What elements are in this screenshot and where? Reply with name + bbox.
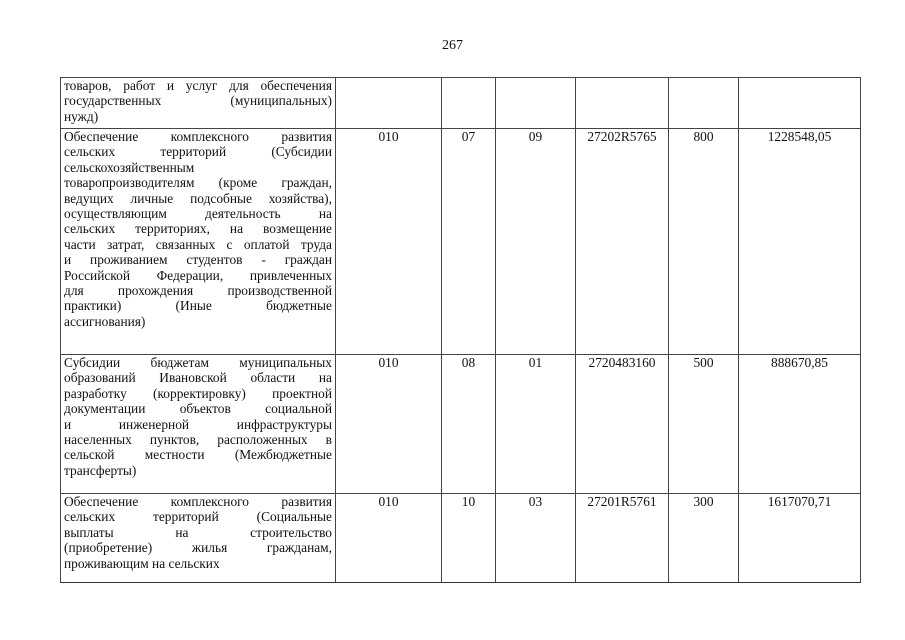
description-line: сельских территорий (Субсидии bbox=[64, 144, 332, 159]
description-line: трансферты) bbox=[64, 463, 332, 478]
expense-type-cell: 500 bbox=[669, 355, 739, 494]
description-line: Обеспечение комплексного развития bbox=[64, 494, 332, 509]
ministry-code-cell bbox=[336, 78, 442, 129]
description-line: сельской местности (Межбюджетные bbox=[64, 447, 332, 462]
subsection-code-cell: 01 bbox=[496, 355, 576, 494]
target-article-cell: 27201R5761 bbox=[576, 494, 669, 583]
page-number: 267 bbox=[0, 38, 905, 54]
description-line: практики) (Иные бюджетные bbox=[64, 298, 332, 313]
description-line: сельских территориях, на возмещение bbox=[64, 221, 332, 236]
description-line: осуществляющим деятельность на bbox=[64, 206, 332, 221]
table-row: товаров, работ и услуг для обеспеченияго… bbox=[61, 78, 861, 129]
table-row: Обеспечение комплексного развитиясельски… bbox=[61, 494, 861, 583]
section-code-cell bbox=[442, 78, 496, 129]
description-line: ведущих личные подсобные хозяйства), bbox=[64, 191, 332, 206]
budget-table: товаров, работ и услуг для обеспеченияго… bbox=[60, 77, 861, 583]
description-line: образований Ивановской области на bbox=[64, 370, 332, 385]
description-cell: товаров, работ и услуг для обеспеченияго… bbox=[61, 78, 336, 129]
description-line: государственных (муниципальных) bbox=[64, 93, 332, 108]
description-line: сельскохозяйственным bbox=[64, 160, 332, 175]
description-line: выплаты на строительство bbox=[64, 525, 332, 540]
subsection-code-cell: 09 bbox=[496, 129, 576, 355]
description-line: Субсидии бюджетам муниципальных bbox=[64, 355, 332, 370]
description-line: ассигнования) bbox=[64, 314, 332, 329]
target-article-cell bbox=[576, 78, 669, 129]
description-line: (приобретение) жилья гражданам, bbox=[64, 540, 332, 555]
target-article-cell: 2720483160 bbox=[576, 355, 669, 494]
subsection-code-cell bbox=[496, 78, 576, 129]
subsection-code-cell: 03 bbox=[496, 494, 576, 583]
expense-type-cell bbox=[669, 78, 739, 129]
description-line: Российской Федерации, привлеченных bbox=[64, 268, 332, 283]
description-line: и инженерной инфраструктуры bbox=[64, 417, 332, 432]
description-cell: Обеспечение комплексного развитиясельски… bbox=[61, 494, 336, 583]
table-row: Обеспечение комплексного развитиясельски… bbox=[61, 129, 861, 355]
description-line: разработку (корректировку) проектной bbox=[64, 386, 332, 401]
ministry-code-cell: 010 bbox=[336, 355, 442, 494]
description-cell: Субсидии бюджетам муниципальныхобразован… bbox=[61, 355, 336, 494]
description-line: населенных пунктов, расположенных в bbox=[64, 432, 332, 447]
description-line: Обеспечение комплексного развития bbox=[64, 129, 332, 144]
expense-type-cell: 800 bbox=[669, 129, 739, 355]
ministry-code-cell: 010 bbox=[336, 494, 442, 583]
section-code-cell: 08 bbox=[442, 355, 496, 494]
description-line: товаров, работ и услуг для обеспечения bbox=[64, 78, 332, 93]
section-code-cell: 10 bbox=[442, 494, 496, 583]
amount-cell: 1228548,05 bbox=[739, 129, 861, 355]
description-cell: Обеспечение комплексного развитиясельски… bbox=[61, 129, 336, 355]
table-row: Субсидии бюджетам муниципальныхобразован… bbox=[61, 355, 861, 494]
amount-cell: 1617070,71 bbox=[739, 494, 861, 583]
description-line: и проживанием студентов - граждан bbox=[64, 252, 332, 267]
description-line: проживающим на сельских bbox=[64, 556, 332, 571]
amount-cell bbox=[739, 78, 861, 129]
expense-type-cell: 300 bbox=[669, 494, 739, 583]
description-line: товаропроизводителям (кроме граждан, bbox=[64, 175, 332, 190]
description-line: для прохождения производственной bbox=[64, 283, 332, 298]
description-line: сельских территорий (Социальные bbox=[64, 509, 332, 524]
ministry-code-cell: 010 bbox=[336, 129, 442, 355]
description-line: части затрат, связанных с оплатой труда bbox=[64, 237, 332, 252]
section-code-cell: 07 bbox=[442, 129, 496, 355]
target-article-cell: 27202R5765 bbox=[576, 129, 669, 355]
description-line: нужд) bbox=[64, 109, 332, 124]
description-line: документации объектов социальной bbox=[64, 401, 332, 416]
amount-cell: 888670,85 bbox=[739, 355, 861, 494]
